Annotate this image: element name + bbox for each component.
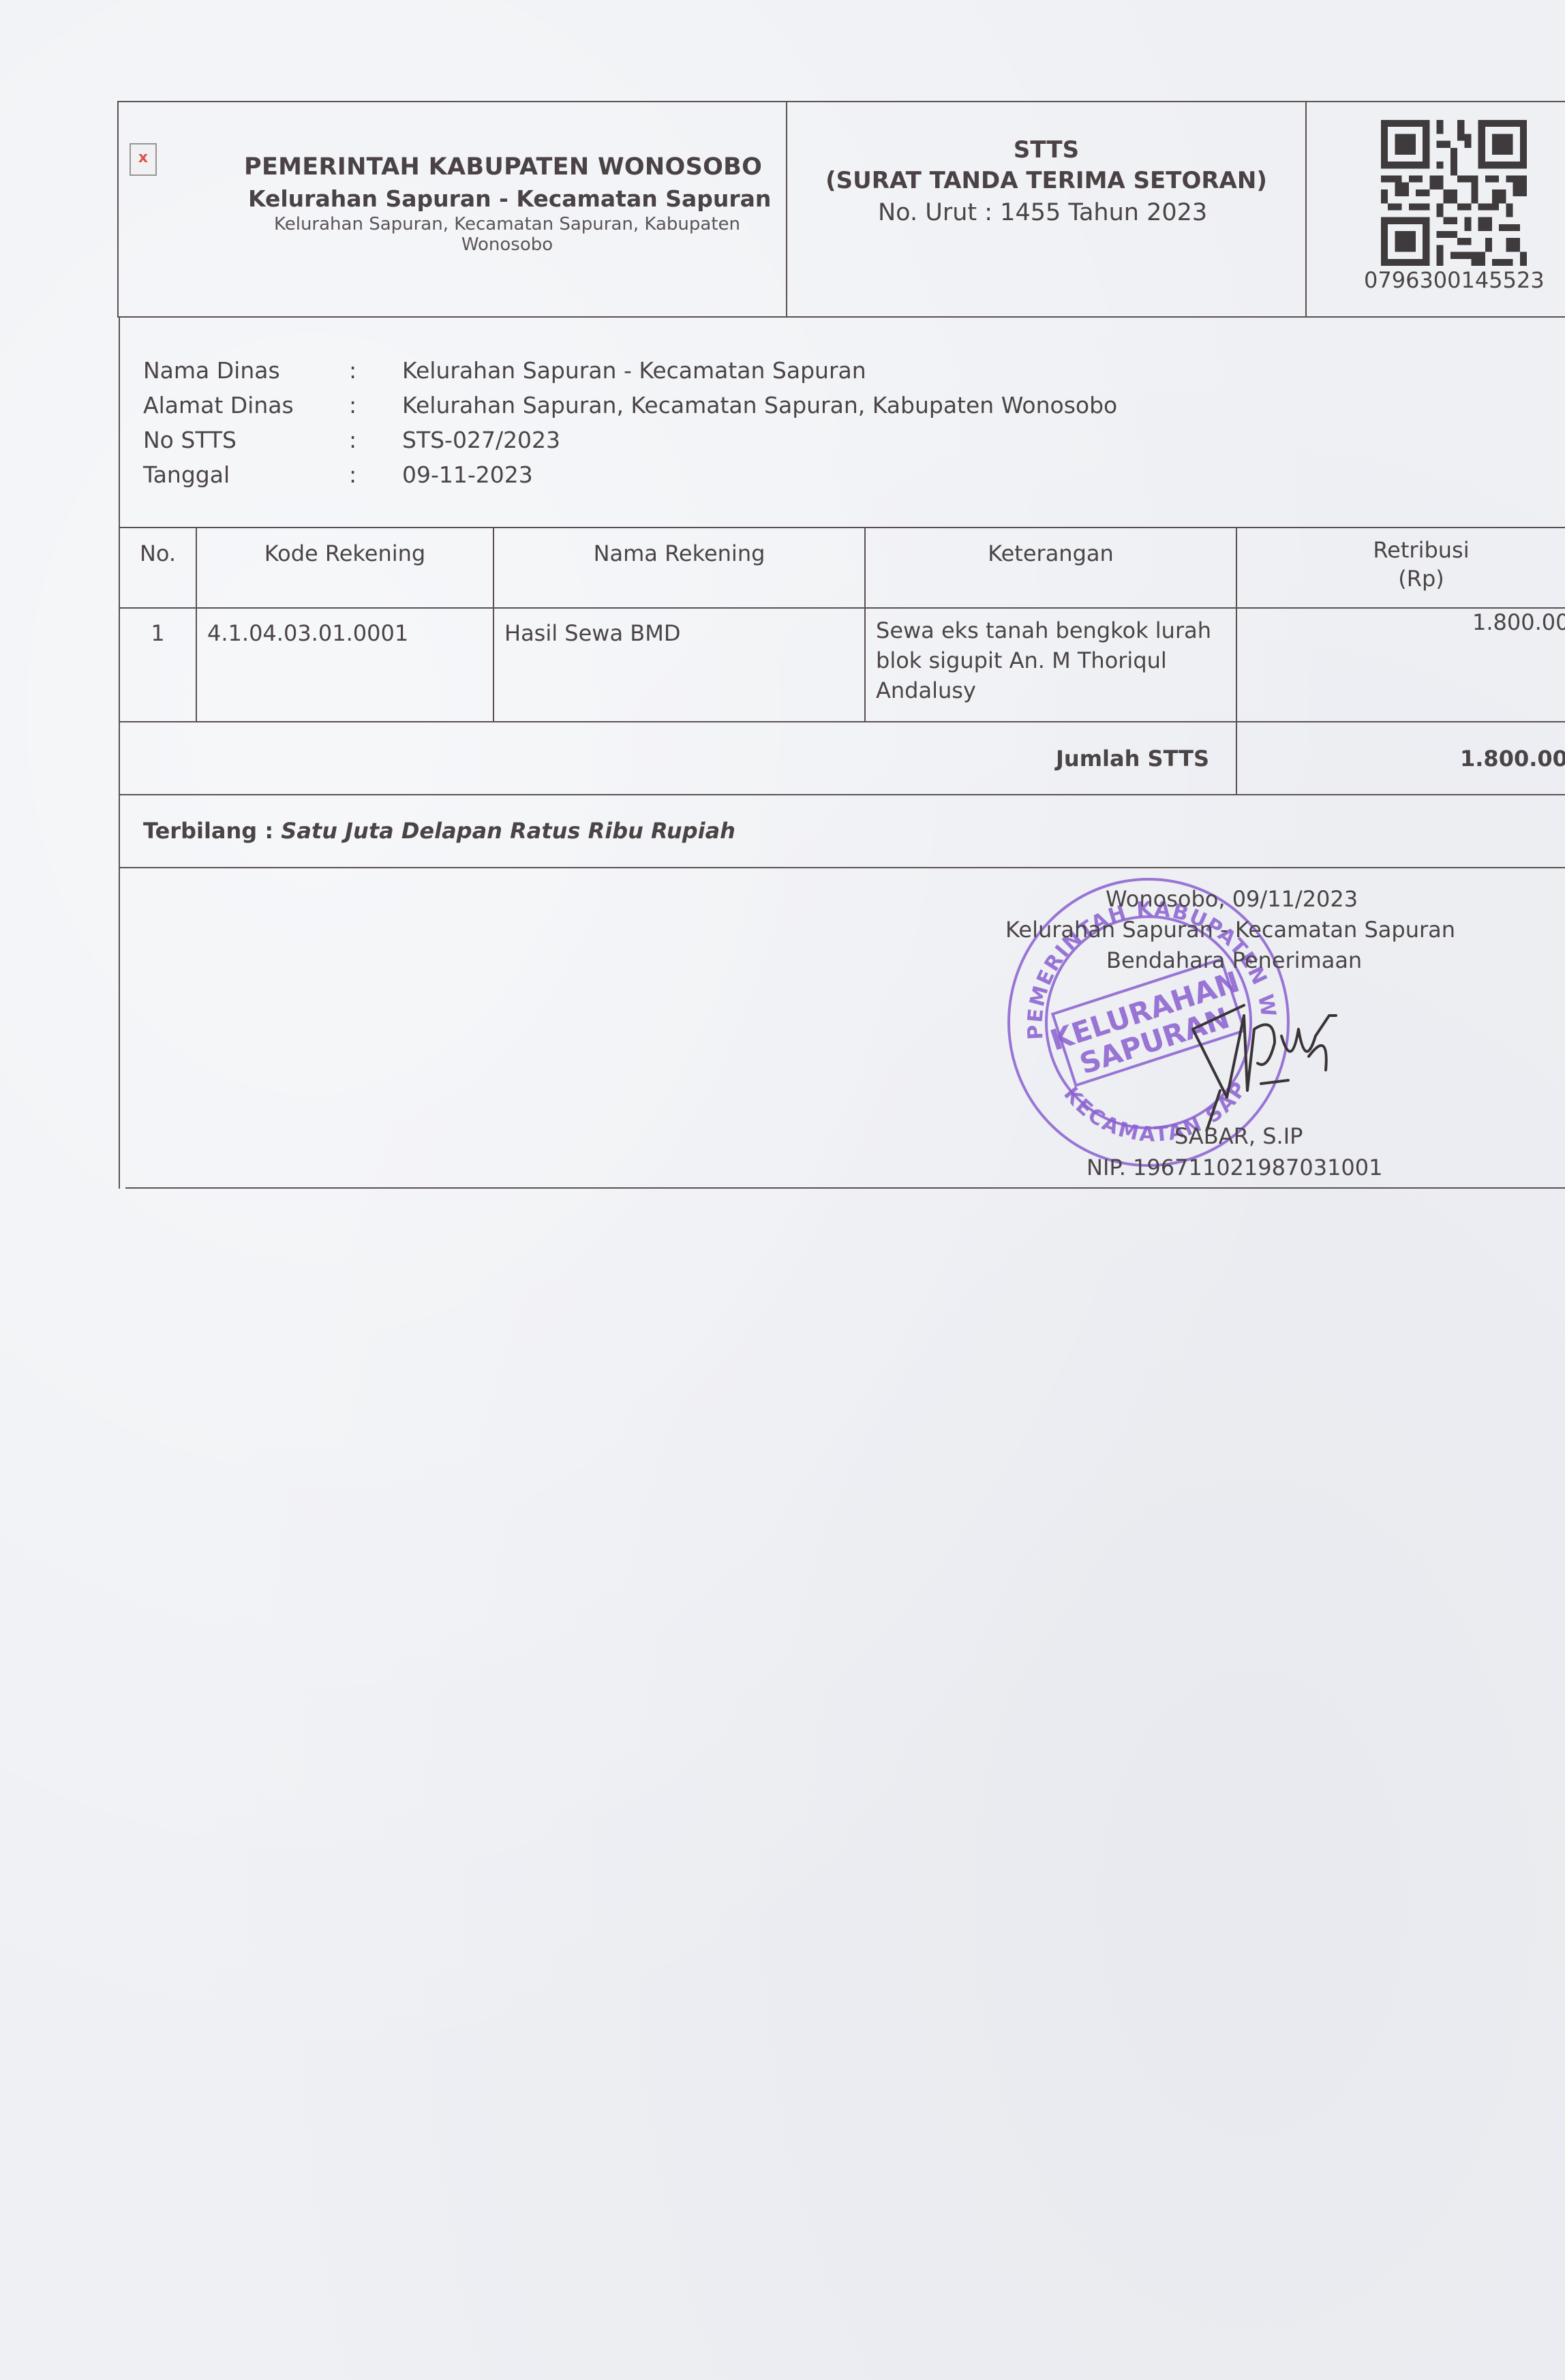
table-total-bottom bbox=[119, 794, 1565, 795]
info-separator: : bbox=[349, 357, 356, 384]
handwritten-signature bbox=[1179, 988, 1384, 1131]
info-value-alamat-dinas: Kelurahan Sapuran, Kecamatan Sapuran, Ka… bbox=[402, 392, 1117, 418]
info-label: Nama Dinas bbox=[143, 357, 280, 384]
frame-left-border bbox=[119, 316, 120, 1189]
broken-image-icon: x bbox=[130, 143, 157, 176]
header-divider-2 bbox=[1305, 101, 1307, 318]
cell-nama-rekening: Hasil Sewa BMD bbox=[504, 620, 680, 646]
info-label: Alamat Dinas bbox=[143, 392, 294, 418]
header-bottom-border bbox=[117, 316, 1565, 318]
serial-number: No. Urut : 1455 Tahun 2023 bbox=[878, 199, 1207, 226]
col-header-rp: (Rp) bbox=[1237, 566, 1565, 592]
signature-bottom bbox=[125, 1187, 1565, 1189]
cell-keterangan-line2: blok sigupit An. M Thoriqul bbox=[876, 647, 1167, 673]
info-label: Tanggal bbox=[143, 461, 230, 488]
info-value-tanggal: 09-11-2023 bbox=[402, 461, 533, 488]
table-header-bottom bbox=[119, 607, 1565, 609]
sign-name: SABAR, S.IP bbox=[1174, 1123, 1303, 1149]
sign-nip: NIP. 196711021987031001 bbox=[1087, 1155, 1383, 1180]
cell-no: 1 bbox=[120, 620, 196, 646]
address-line-1: Kelurahan Sapuran, Kecamatan Sapuran, Ka… bbox=[254, 214, 761, 234]
doc-code: STTS bbox=[787, 136, 1305, 164]
cell-keterangan-line1: Sewa eks tanah bengkok lurah bbox=[876, 617, 1211, 643]
header-left-border bbox=[117, 101, 119, 318]
cell-keterangan-line3: Andalusy bbox=[876, 677, 976, 703]
info-label: No STTS bbox=[143, 427, 237, 453]
header-top-border bbox=[117, 101, 1565, 102]
cell-retribusi: 1.800.000 bbox=[1472, 609, 1565, 635]
office-address: Kelurahan Sapuran, Kecamatan Sapuran, Ka… bbox=[254, 214, 761, 255]
terbilang: Terbilang : Satu Juta Delapan Ratus Ribu… bbox=[143, 818, 735, 844]
terbilang-value: Satu Juta Delapan Ratus Ribu Rupiah bbox=[281, 818, 735, 844]
office-title: Kelurahan Sapuran - Kecamatan Sapuran bbox=[248, 185, 771, 212]
header-divider-1 bbox=[786, 101, 787, 318]
total-value: 1.800.000 bbox=[1460, 746, 1565, 772]
info-separator: : bbox=[349, 461, 356, 488]
terbilang-bottom bbox=[119, 867, 1565, 868]
info-value-no-stts: STS-027/2023 bbox=[402, 427, 560, 453]
cell-kode-rekening: 4.1.04.03.01.0001 bbox=[207, 620, 408, 646]
doc-name: (SURAT TANDA TERIMA SETORAN) bbox=[787, 167, 1305, 194]
col-header-kode-rekening: Kode Rekening bbox=[197, 540, 493, 566]
info-separator: : bbox=[349, 427, 356, 453]
info-separator: : bbox=[349, 392, 356, 418]
table-row-bottom bbox=[119, 721, 1565, 722]
table-top-border bbox=[119, 527, 1565, 528]
terbilang-label: Terbilang : bbox=[143, 818, 273, 844]
qr-code bbox=[1381, 120, 1527, 266]
sign-role: Bendahara Penerimaan bbox=[1106, 947, 1362, 973]
sign-place-date: Wonosobo, 09/11/2023 bbox=[1106, 886, 1358, 912]
col-header-no: No. bbox=[120, 540, 196, 566]
qr-number: 0796300145523 bbox=[1364, 267, 1545, 293]
sign-office: Kelurahan Sapuran - Kecamatan Sapuran bbox=[1005, 917, 1455, 943]
address-line-2: Wonosobo bbox=[254, 234, 761, 255]
government-title: PEMERINTAH KABUPATEN WONOSOBO bbox=[244, 153, 762, 181]
info-value-nama-dinas: Kelurahan Sapuran - Kecamatan Sapuran bbox=[402, 357, 866, 384]
col-header-nama-rekening: Nama Rekening bbox=[494, 540, 864, 566]
total-label: Jumlah STTS bbox=[1056, 746, 1209, 772]
col-header-keterangan: Keterangan bbox=[866, 540, 1236, 566]
col-header-retribusi: Retribusi bbox=[1237, 537, 1565, 563]
